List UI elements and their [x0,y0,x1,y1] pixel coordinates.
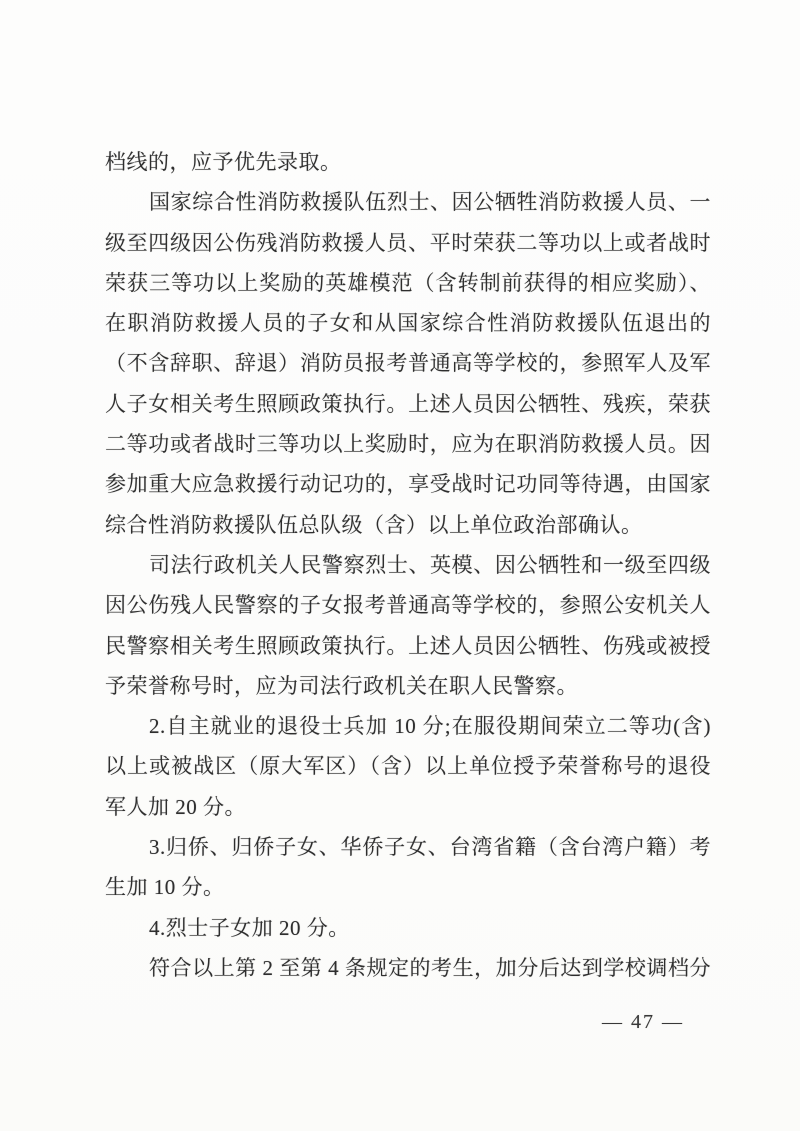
text-line: 符合以上第 2 至第 4 条规定的考生，加分后达到学校调档分 [105,948,711,988]
text-line: 荣获三等功以上奖励的英雄模范（含转制前获得的相应奖励）、 [105,263,711,303]
text-line: 以上或被战区（原大军区）（含）以上单位授予荣誉称号的退役 [105,746,711,786]
text-line: 司法行政机关人民警察烈士、英模、因公牺牲和一级至四级 [105,545,711,585]
text-line: 2.自主就业的退役士兵加 10 分;在服役期间荣立二等功(含) [105,706,711,746]
document-page: 档线的，应予优先录取。 国家综合性消防救援队伍烈士、因公牺牲消防救援人员、一 级… [0,0,800,1131]
text-line: 生加 10 分。 [105,867,711,907]
text-line: 级至四级因公伤残消防救援人员、平时荣获二等功以上或者战时 [105,223,711,263]
text-line: 因公伤残人民警察的子女报考普通高等学校的，参照公安机关人 [105,585,711,625]
text-line: 二等功或者战时三等功以上奖励时，应为在职消防救援人员。因 [105,424,711,464]
text-line: 民警察相关考生照顾政策执行。上述人员因公牺牲、伤残或被授 [105,626,711,666]
text-line: 予荣誉称号时，应为司法行政机关在职人民警察。 [105,666,711,706]
text-line: 国家综合性消防救援队伍烈士、因公牺牲消防救援人员、一 [105,182,711,222]
text-line: 4.烈士子女加 20 分。 [105,908,711,948]
page-number: — 47 — [598,1008,688,1036]
text-line: 综合性消防救援队伍总队级（含）以上单位政治部确认。 [105,505,711,545]
text-line: 参加重大应急救援行动记功的，享受战时记功同等待遇，由国家 [105,464,711,504]
text-line: 军人加 20 分。 [105,787,711,827]
document-body: 档线的，应予优先录取。 国家综合性消防救援队伍烈士、因公牺牲消防救援人员、一 级… [105,142,711,988]
text-line: 在职消防救援人员的子女和从国家综合性消防救援队伍退出的 [105,303,711,343]
text-line: （不含辞职、辞退）消防员报考普通高等学校的，参照军人及军 [105,343,711,383]
text-line: 档线的，应予优先录取。 [105,142,711,182]
text-line: 3.归侨、归侨子女、华侨子女、台湾省籍（含台湾户籍）考 [105,827,711,867]
text-line: 人子女相关考生照顾政策执行。上述人员因公牺牲、残疾，荣获 [105,384,711,424]
